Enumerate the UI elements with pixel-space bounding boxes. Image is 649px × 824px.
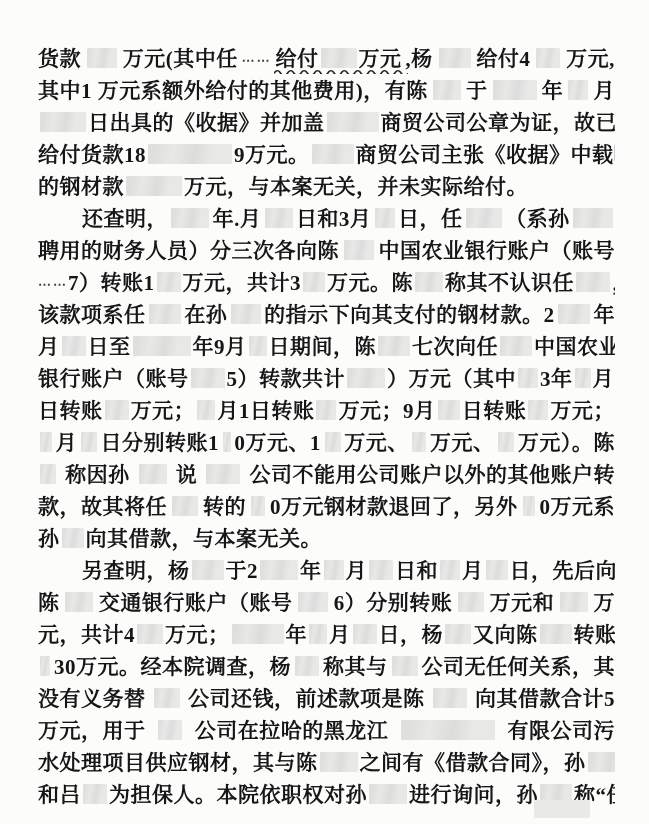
text-run: 万元,	[566, 43, 615, 73]
text-run: 的钢材款	[38, 171, 124, 201]
text-run: 公司无任何关系，其	[422, 651, 616, 681]
text-run: 万元、	[344, 427, 409, 457]
redaction-box	[392, 656, 418, 676]
text-run: 转的	[203, 491, 246, 521]
text-run: 月	[593, 363, 615, 393]
redaction-box	[223, 432, 231, 452]
text-run: 向其借款，与本案无关。	[86, 523, 323, 553]
redaction-box	[40, 656, 50, 676]
text-run: 30万元。经本院调查，杨	[54, 651, 291, 681]
redaction-box	[327, 112, 379, 132]
document-page: 货款万元(其中任⋯⋯给付万元,杨给付4万元,其中1 万元系额外给付的其他费用)，…	[0, 0, 649, 824]
text-run: 万	[594, 587, 616, 617]
redaction-box	[149, 304, 181, 324]
text-run: 商贸公司主张《收据》中载明	[356, 139, 616, 169]
redaction-box	[440, 560, 460, 580]
redaction-box	[87, 48, 117, 68]
text-run: 日和3月	[296, 203, 372, 233]
redaction-box	[137, 624, 163, 644]
redaction-box	[249, 336, 267, 356]
text-run: 和吕	[38, 779, 81, 809]
text-line: 陈交通银行账户（账号6）分别转账万元和万	[38, 586, 615, 618]
text-run: 年.月	[213, 203, 262, 233]
text-run: 的指示下向其支付的钢材款。2	[264, 299, 555, 329]
text-line: 款，故其将任转的0万元钢材款退回了，另外0万元系	[38, 490, 615, 522]
text-run: ）万元（其中	[387, 363, 516, 393]
text-line: 月日至年9月日期间，陈七次向任中国农业	[38, 330, 615, 362]
redaction-box	[493, 80, 537, 100]
text-run: 日分别转账1	[101, 427, 220, 457]
redaction-box	[158, 720, 182, 740]
redaction-box	[303, 272, 325, 292]
text-line: 和吕为担保人。本院依职权对孙进行询问，孙称“任	[38, 778, 615, 810]
text-run: 0万元、1	[234, 427, 321, 457]
wavy-underline-icon	[274, 68, 408, 74]
redaction-box	[344, 240, 374, 260]
text-run: ,杨	[405, 43, 432, 73]
redaction-box	[251, 496, 265, 516]
text-run: 货款	[38, 43, 81, 73]
redaction-box	[369, 560, 393, 580]
text-run: 给付4	[476, 43, 530, 73]
text-run: 年	[286, 619, 308, 649]
text-run: 其中1 万元系额外给付的其他费用)，有陈	[38, 75, 428, 105]
text-run: 日转账	[462, 395, 527, 425]
text-run: 日，杨	[379, 619, 444, 649]
text-run: 交通银行账户（账号	[99, 587, 293, 617]
text-line: 货款万元(其中任⋯⋯给付万元,杨给付4万元,	[38, 42, 615, 74]
text-run: 聘用的财务人员）分三次各向陈	[38, 235, 339, 265]
text-run: 日至	[88, 331, 131, 361]
redaction-box	[312, 144, 354, 164]
redaction-box	[171, 208, 209, 228]
redaction-box	[62, 528, 84, 548]
text-run: 万元；9月	[339, 395, 436, 425]
redaction-box	[439, 48, 471, 68]
redaction-box	[192, 560, 224, 580]
text-run: 有限公司污	[508, 715, 616, 745]
redaction-box	[486, 560, 508, 580]
text-line: 称因孙说公司不能用公司账户以外的其他账户转	[38, 458, 615, 490]
text-run: 万元；	[165, 619, 230, 649]
text-run: 元，共计4	[38, 619, 135, 649]
text-run: 日出具的《收据》并加盖	[88, 107, 325, 137]
text-run: 日和	[395, 555, 438, 585]
redaction-box	[540, 624, 572, 644]
redaction-box	[575, 368, 591, 388]
text-line: 该款项系任在孙的指示下向其支付的钢材款。2年	[38, 298, 615, 330]
text-run: 于	[466, 75, 488, 105]
text-line: 日转账万元；月1日转账万元；9月日转账万元；	[38, 394, 615, 426]
redaction-box	[500, 336, 532, 356]
redaction-box	[353, 624, 377, 644]
text-run: 商贸公司公章为证，故已累计	[381, 107, 616, 137]
text-run: 中国农业	[534, 331, 615, 361]
redaction-box	[81, 432, 97, 452]
redaction-box	[157, 272, 181, 292]
text-run: 称其不认识任	[445, 267, 574, 297]
text-run: 9万元。	[234, 139, 310, 169]
text-line: 没有义务替公司还钱，前述款项是陈向其借款合计5	[38, 682, 615, 714]
text-run: 于2	[226, 555, 259, 585]
redaction-box	[438, 400, 460, 420]
text-run: 年9月	[193, 331, 247, 361]
text-run: 还查明，	[82, 203, 168, 233]
redaction-box	[133, 336, 191, 356]
text-line: 元，共计4万元；年月日，杨又向陈转账	[38, 618, 615, 650]
redaction-box	[588, 752, 616, 772]
redaction-box	[62, 336, 86, 356]
text-run: 说	[176, 459, 198, 489]
redaction-box	[347, 368, 385, 388]
redaction-box	[139, 464, 167, 484]
redaction-box	[320, 752, 358, 772]
text-run: 月1日转账	[217, 395, 314, 425]
text-run: 万元和	[490, 587, 555, 617]
text-run: 陈	[38, 587, 60, 617]
redaction-box	[560, 592, 588, 612]
text-run: 水处理项目供应钢材，其与陈	[38, 747, 318, 777]
redaction-box	[534, 800, 590, 818]
text-run: 万元；	[131, 395, 196, 425]
redaction-box	[105, 400, 129, 420]
text-run: 款，故其将任	[38, 491, 167, 521]
text-run: 万元）。陈	[518, 427, 615, 457]
text-run: 万元，用于	[38, 715, 146, 745]
text-run: 年	[542, 75, 564, 105]
redaction-box	[325, 432, 341, 452]
text-run: 万元，共计3	[183, 267, 302, 297]
text-run: 年	[300, 555, 322, 585]
redaction-box	[369, 784, 407, 804]
text-line: 给付货款189万元。商贸公司主张《收据》中载明	[38, 138, 615, 170]
text-run: 给付货款18	[38, 139, 146, 169]
text-run: 0万元钢材款退回了，另外	[270, 491, 518, 521]
redaction-box	[126, 176, 182, 196]
text-run: 月	[56, 427, 78, 457]
redaction-box	[523, 496, 535, 516]
redaction-box	[324, 560, 344, 580]
redaction-box	[40, 112, 86, 132]
wavy-underlined-group: 给付万元	[276, 43, 402, 73]
redaction-box	[321, 48, 357, 68]
text-run: 称因孙	[65, 459, 130, 489]
text-run: 月	[462, 555, 484, 585]
redaction-box	[148, 144, 232, 164]
redaction-box	[316, 400, 336, 420]
redaction-box	[466, 208, 502, 228]
text-run: 5）转款共计	[227, 363, 346, 393]
redaction-box	[433, 80, 461, 100]
redaction-box	[309, 624, 327, 644]
redaction-box	[378, 336, 410, 356]
text-run: 月	[329, 619, 351, 649]
redaction-box	[295, 656, 319, 676]
text-run: 万元(其中任	[123, 43, 238, 73]
dotted-redaction: ⋯⋯	[242, 53, 272, 74]
text-run: 七次向任	[412, 331, 498, 361]
redaction-box	[191, 368, 225, 388]
text-run: 3年	[540, 363, 573, 393]
redaction-box	[576, 272, 610, 292]
text-run: 万元，与本案无关，并未实际给付。	[184, 171, 528, 201]
redaction-box	[568, 80, 588, 100]
text-run: 年	[593, 299, 615, 329]
text-run: 月	[38, 331, 60, 361]
redaction-box	[206, 464, 240, 484]
redaction-box	[83, 784, 107, 804]
text-run: 在孙	[184, 299, 227, 329]
dotted-redaction: ⋯⋯	[38, 277, 68, 298]
text-run: 日，任	[398, 203, 463, 233]
text-run: 进行询问，孙	[409, 779, 538, 809]
text-run: 该款项系任	[38, 299, 146, 329]
redaction-box	[40, 432, 52, 452]
text-line: ⋯⋯7）转账1万元，共计3万元。陈称其不认识任，	[38, 266, 615, 298]
text-run: 向其借款合计5	[475, 683, 615, 713]
redaction-box	[498, 432, 514, 452]
text-line: 水处理项目供应钢材，其与陈之间有《借款合同》，孙	[38, 746, 615, 778]
text-run: 万元；	[550, 395, 615, 425]
text-line: 日出具的《收据》并加盖商贸公司公章为证，故已累计	[38, 106, 615, 138]
redaction-box	[412, 432, 426, 452]
text-line: 的钢材款万元，与本案无关，并未实际给付。	[38, 170, 615, 202]
redaction-box	[172, 496, 198, 516]
redaction-box	[231, 304, 261, 324]
redaction-box	[458, 592, 484, 612]
text-run: （系孙	[505, 203, 570, 233]
text-run: 6）分别转账	[334, 587, 453, 617]
redaction-box	[536, 48, 560, 68]
text-run: 又向陈	[473, 619, 538, 649]
text-run: 银行账户（账号	[38, 363, 189, 393]
redaction-box	[573, 208, 613, 228]
text-line: 30万元。经本院调查，杨称其与公司无任何关系，其	[38, 650, 615, 682]
text-run: 转账	[574, 619, 616, 649]
text-line: 银行账户（账号5）转款共计）万元（其中3年月	[38, 362, 615, 394]
text-run: 公司不能用公司账户以外的其他账户转	[249, 459, 615, 489]
text-run: 孙	[38, 523, 60, 553]
text-run: 日期间，陈	[269, 331, 377, 361]
text-line: 另查明，杨于2年月日和月日，先后向	[38, 554, 615, 586]
text-run: 日转账	[38, 395, 103, 425]
redaction-box	[298, 592, 328, 612]
redaction-box	[65, 592, 93, 612]
text-line: 月日分别转账10万元、1万元、万元、万元）。陈	[38, 426, 615, 458]
redaction-box	[40, 464, 56, 484]
text-run: 称其与	[323, 651, 388, 681]
text-line: 还查明，年.月日和3月日，任（系孙	[38, 202, 615, 234]
text-run: ，	[612, 267, 615, 297]
text-run: 公司在拉哈的黑龙江	[195, 715, 389, 745]
text-run: 月	[346, 555, 368, 585]
text-line: 孙向其借款，与本案无关。	[38, 522, 615, 554]
redaction-box	[518, 368, 538, 388]
text-run: 另查明，杨	[82, 555, 190, 585]
text-run: 万元、	[430, 427, 495, 457]
text-run: 中国农业银行账户（账号	[379, 235, 616, 265]
text-run: 月	[594, 75, 616, 105]
redaction-box	[415, 272, 443, 292]
redaction-box	[401, 720, 495, 740]
redaction-box	[154, 688, 180, 708]
redaction-box	[197, 400, 215, 420]
text-run: 公司还钱，前述款项是陈	[188, 683, 425, 713]
text-run: 万元。陈	[327, 267, 413, 297]
redaction-box	[260, 560, 298, 580]
text-run: 没有义务替	[38, 683, 146, 713]
redaction-box	[528, 400, 548, 420]
text-run: 日，先后向	[510, 555, 616, 585]
text-line: 聘用的财务人员）分三次各向陈中国农业银行账户（账号	[38, 234, 615, 266]
redaction-box	[232, 624, 284, 644]
text-line: 万元，用于公司在拉哈的黑龙江有限公司污	[38, 714, 615, 746]
text-run: 7）转账1	[68, 267, 155, 297]
text-line: 其中1 万元系额外给付的其他费用)，有陈于年月	[38, 74, 615, 106]
text-run: 为担保人。本院依职权对孙	[109, 779, 367, 809]
redaction-box	[445, 624, 471, 644]
redaction-box	[375, 208, 395, 228]
text-run: 之间有《借款合同》，孙	[360, 747, 586, 777]
redaction-box	[558, 304, 590, 324]
text-run: 0万元系	[540, 491, 616, 521]
redaction-box	[433, 688, 467, 708]
redaction-box	[265, 208, 293, 228]
